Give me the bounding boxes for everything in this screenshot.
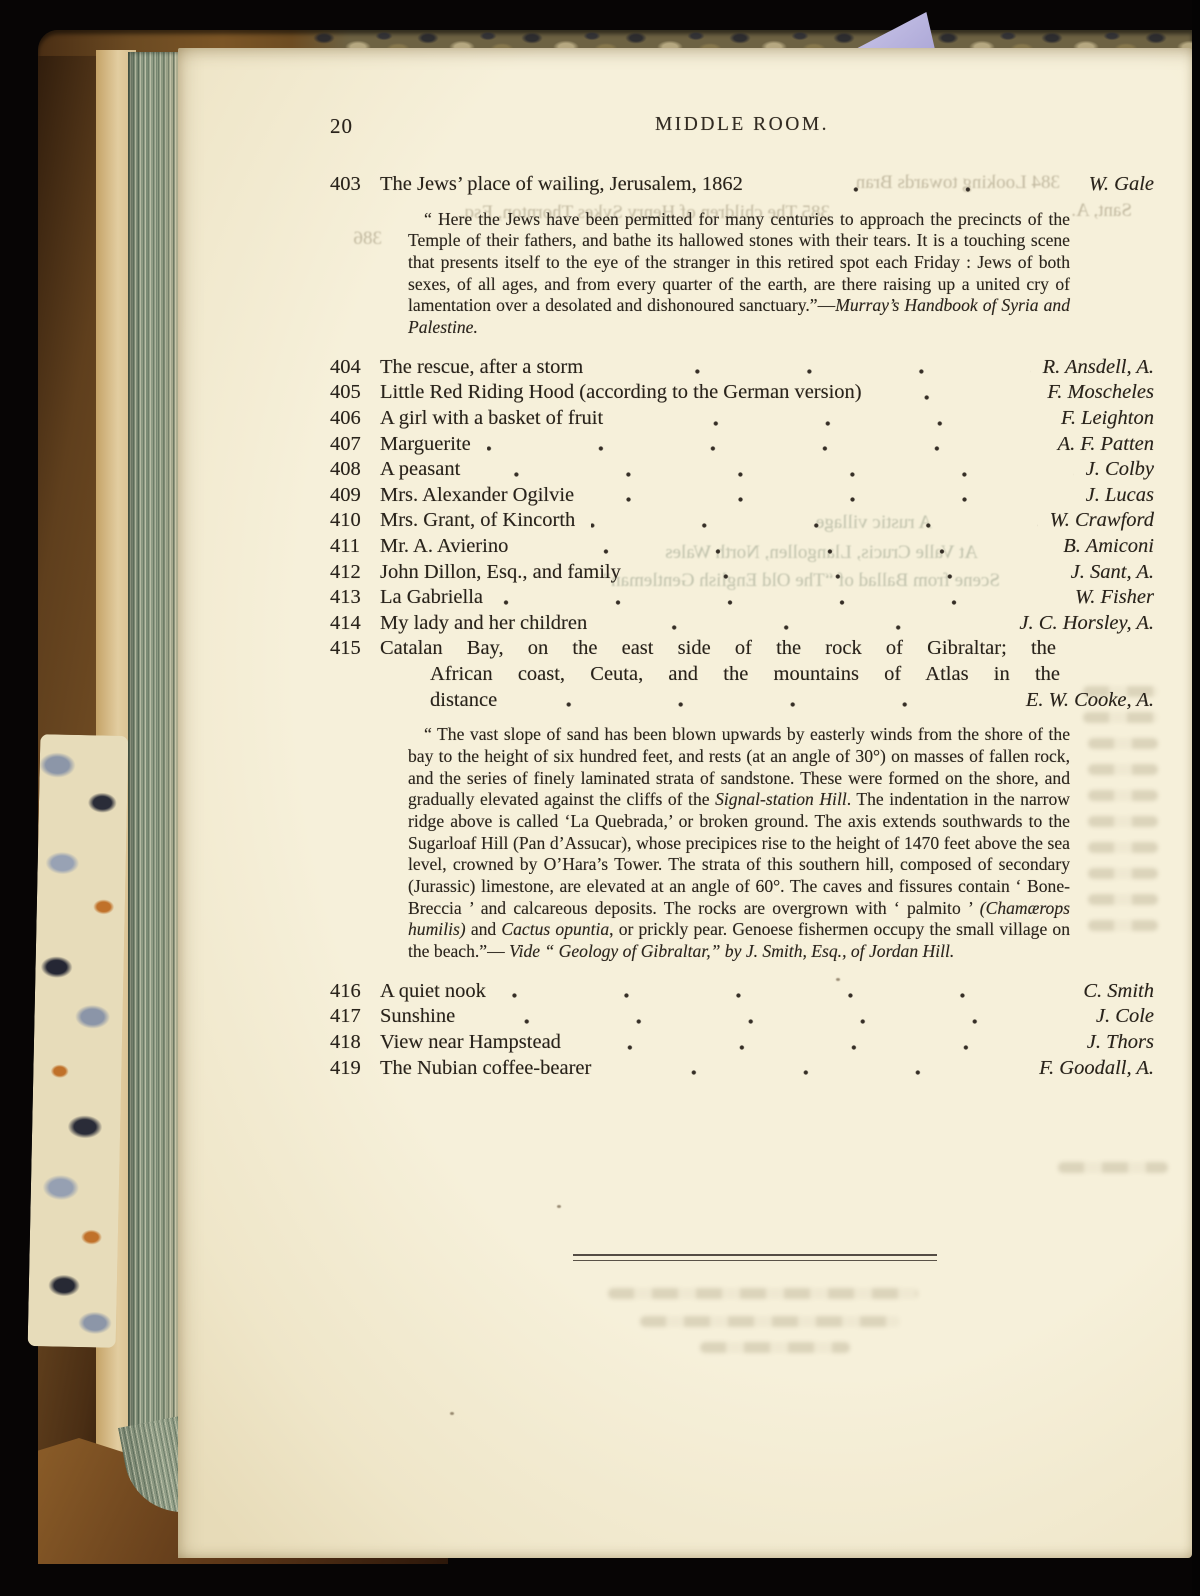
foxing-speck: [836, 978, 840, 981]
entry-artist: A. F. Patten: [1058, 432, 1154, 458]
entry-title: Mr. A. Avierino: [380, 534, 508, 560]
entry-number: 408: [330, 457, 380, 483]
catalog-entry-row: 417SunshineJ. Cole: [330, 1004, 1154, 1030]
entry-artist: J. Lucas: [1086, 483, 1154, 509]
entry-artist: W. Fisher: [1075, 585, 1154, 611]
entry-title-line: African coast, Ceuta, and the mountains …: [430, 662, 1060, 688]
dot-leader: [619, 419, 1049, 428]
entry-artist: J. Cole: [1096, 1004, 1154, 1030]
dot-leader: [487, 444, 1046, 453]
entry-artist: F. Goodall, A.: [1039, 1056, 1154, 1082]
entry-title: The rescue, after a storm: [380, 355, 583, 381]
entry-title: Marguerite: [380, 432, 471, 458]
entry-artist: J. Colby: [1086, 457, 1154, 483]
catalog-entry-row: 415Catalan Bay, on the east side of the …: [330, 636, 1154, 662]
section-end-rule: [573, 1254, 937, 1261]
catalog-entry-row: 414My lady and her childrenJ. C. Horsley…: [330, 611, 1154, 637]
catalog-entry-row: distanceE. W. Cooke, A.: [330, 688, 1154, 714]
page-edge-stack: [128, 52, 182, 1460]
entry-number: 411: [330, 534, 380, 560]
entry-number: 418: [330, 1030, 380, 1056]
catalog-entry-row: 403The Jews’ place of wailing, Jerusalem…: [330, 172, 1154, 198]
entry-title-line: distance: [430, 688, 497, 714]
dot-leader: [502, 991, 1071, 1000]
entry-artist: C. Smith: [1083, 979, 1154, 1005]
quote-italic-run: Signal-station Hill: [715, 789, 847, 809]
entry-title: The Jews’ place of wailing, Jerusalem, 1…: [380, 172, 743, 198]
entry-title: La Gabriella: [380, 585, 483, 611]
entry-title: A girl with a basket of fruit: [380, 406, 603, 432]
catalog-entry-row: 410Mrs. Grant, of KincorthW. Crawford: [330, 508, 1154, 534]
catalog-entry-row: 406A girl with a basket of fruitF. Leigh…: [330, 406, 1154, 432]
dot-leader: [591, 521, 1037, 530]
catalogue-entries: 403The Jews’ place of wailing, Jerusalem…: [330, 172, 1154, 1081]
catalog-entry-row: 404The rescue, after a stormR. Ansdell, …: [330, 355, 1154, 381]
entry-title: A peasant: [380, 457, 460, 483]
entry-title: Sunshine: [380, 1004, 455, 1030]
ghost-text-bar: [608, 1288, 918, 1299]
catalog-entry-row: 407MargueriteA. F. Patten: [330, 432, 1154, 458]
dot-leader: [878, 393, 1036, 402]
catalog-entry-row: 412John Dillon, Esq., and familyJ. Sant,…: [330, 560, 1154, 586]
entry-number: 419: [330, 1056, 380, 1082]
dot-leader: [637, 572, 1059, 581]
entry-number: 407: [330, 432, 380, 458]
catalog-entry-row: 413La GabriellaW. Fisher: [330, 585, 1154, 611]
entry-number: 414: [330, 611, 380, 637]
running-head: MIDDLE ROOM.: [330, 114, 1154, 136]
catalog-entry-row: 405Little Red Riding Hood (according to …: [330, 380, 1154, 406]
catalog-entry-row: 418View near HampsteadJ. Thors: [330, 1030, 1154, 1056]
entry-artist: E. W. Cooke, A.: [1026, 688, 1154, 714]
dot-leader: [524, 547, 1051, 556]
entry-title: A quiet nook: [380, 979, 486, 1005]
photographed-book-page: 384 Looking towards Bran385 The children…: [0, 0, 1200, 1596]
dot-leader: [471, 1017, 1084, 1026]
entry-artist: R. Ansdell, A.: [1043, 355, 1154, 381]
entry-quote: “ Here the Jews have been permitted for …: [408, 209, 1070, 339]
entry-number: 416: [330, 979, 380, 1005]
catalog-entry-row: 408A peasantJ. Colby: [330, 457, 1154, 483]
entry-artist: W. Crawford: [1050, 508, 1154, 534]
dot-leader: [499, 598, 1063, 607]
entry-number: 404: [330, 355, 380, 381]
ghost-text-bar: [1058, 1162, 1168, 1173]
entry-title: Mrs. Grant, of Kincorth: [380, 508, 575, 534]
entry-title: John Dillon, Esq., and family: [380, 560, 621, 586]
entry-artist: B. Amiconi: [1063, 534, 1154, 560]
foxing-speck: [557, 1205, 561, 1208]
entry-title: Mrs. Alexander Ogilvie: [380, 483, 574, 509]
entry-number: 417: [330, 1004, 380, 1030]
foxing-speck: [450, 1412, 454, 1415]
dot-leader: [476, 470, 1073, 479]
dot-leader: [599, 367, 1030, 376]
entry-artist: J. Sant, A.: [1071, 560, 1154, 586]
entry-artist: J. C. Horsley, A.: [1019, 611, 1154, 637]
ghost-text-bar: [640, 1316, 900, 1327]
dot-leader: [590, 495, 1074, 504]
entry-artist: F. Leighton: [1061, 406, 1154, 432]
entry-title: View near Hampstead: [380, 1030, 561, 1056]
entry-artist: W. Gale: [1089, 172, 1154, 198]
catalog-entry-row: 411Mr. A. AvierinoB. Amiconi: [330, 534, 1154, 560]
ghost-text-bar: [700, 1342, 850, 1353]
quote-italic-run: Cactus opuntia: [501, 919, 609, 939]
entry-number: 403: [330, 172, 380, 198]
entry-title: Little Red Riding Hood (according to the…: [380, 380, 862, 406]
entry-number: 410: [330, 508, 380, 534]
catalog-entry-row: 409Mrs. Alexander OgilvieJ. Lucas: [330, 483, 1154, 509]
dot-leader: [603, 623, 1007, 632]
marbled-endpaper: [28, 734, 129, 1348]
catalog-entry-row: 419The Nubian coffee-bearerF. Goodall, A…: [330, 1056, 1154, 1082]
dot-leader: [577, 1043, 1075, 1052]
entry-title: The Nubian coffee-bearer: [380, 1056, 591, 1082]
entry-artist: F. Moscheles: [1047, 380, 1154, 406]
catalog-entry-row: 416A quiet nookC. Smith: [330, 979, 1154, 1005]
entry-number: 406: [330, 406, 380, 432]
background-edge: [1192, 0, 1200, 1596]
entry-number: 409: [330, 483, 380, 509]
quote-italic-run: Vide “ Geology of Gibraltar,” by J. Smit…: [509, 941, 954, 961]
page-header: 20 MIDDLE ROOM.: [330, 112, 1154, 146]
quote-run: and: [466, 919, 502, 939]
dot-leader: [607, 1068, 1027, 1077]
entry-number: 405: [330, 380, 380, 406]
entry-title: My lady and her children: [380, 611, 587, 637]
entry-number: 415: [330, 636, 380, 662]
dot-leader: [513, 700, 1014, 709]
entry-artist: J. Thors: [1087, 1030, 1154, 1056]
entry-title-line: Catalan Bay, on the east side of the roc…: [380, 636, 1056, 662]
page-content: 20 MIDDLE ROOM. 403The Jews’ place of wa…: [330, 112, 1154, 1081]
entry-number: 412: [330, 560, 380, 586]
entry-quote: “ The vast slope of sand has been blown …: [408, 724, 1070, 963]
catalogue-page: 384 Looking towards Bran385 The children…: [178, 48, 1192, 1558]
entry-number: 413: [330, 585, 380, 611]
dot-leader: [759, 185, 1077, 194]
